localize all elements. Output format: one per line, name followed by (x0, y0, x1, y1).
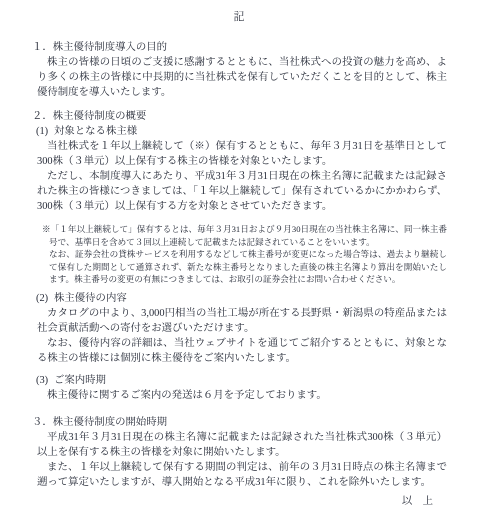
section-3-heading: ３．株主優待制度の開始時期 (32, 415, 447, 430)
subsection-heading: (3)ご案内時期 (36, 373, 447, 388)
note-block: ※「１年以上継続して」保有するとは、毎年３月31日および９月30日現在の当社株主… (49, 223, 447, 286)
section-purpose: １．株主優待制度導入の目的 株主の皆様の日頃のご支援に感謝するとともに、当社株式… (32, 40, 447, 100)
note-paragraph: ※「１年以上継続して」保有するとは、毎年３月31日および９月30日現在の当社株主… (49, 223, 447, 248)
paragraph: 株主の皆様の日頃のご支援に感謝するとともに、当社株式への投資の魅力を高め、より多… (37, 55, 447, 100)
note-paragraph: なお、証券会社の貸株サービスを利用するなどして株主番号が変更になった場合等は、過… (49, 248, 447, 286)
subsection-title: 株主優待の内容 (54, 293, 127, 304)
subsection-label: (2) (36, 291, 50, 306)
paragraph: 平成31年３月31日現在の株主名簿に記載または記録された当社株式300株（３単元… (37, 430, 447, 460)
subsection-eligible-shareholders: (1)対象となる株主様 当社株式を１年以上継続して（※）保有するとともに、毎年３… (36, 124, 447, 286)
subsection-heading: (2)株主優待の内容 (36, 291, 447, 306)
section-overview: ２．株主優待制度の概要 (1)対象となる株主様 当社株式を１年以上継続して（※）… (32, 109, 447, 403)
paragraph: 株主優待に関するご案内の発送は６月を予定しております。 (37, 388, 447, 403)
paragraph: また、１年以上継続して保有する期間の判定は、前年の３月31日時点の株主名簿まで遡… (37, 460, 447, 490)
paragraph: カタログの中より、3,000円相当の当社工場が所在する長野県・新潟県の特産品また… (37, 306, 447, 336)
subsection-title: ご案内時期 (54, 375, 106, 386)
subsection-label: (3) (36, 373, 50, 388)
doc-marker: 記 (32, 10, 447, 25)
section-2-heading: ２．株主優待制度の概要 (32, 109, 447, 124)
subsection-title: 対象となる株主様 (54, 126, 137, 137)
closing-mark: 以 上 (32, 494, 433, 509)
paragraph: ただし、本制度導入にあたり、平成31年３月31日現在の株主名簿に記載または記録さ… (37, 169, 447, 214)
section-start-timing: ３．株主優待制度の開始時期 平成31年３月31日現在の株主名簿に記載または記録さ… (32, 415, 447, 490)
paragraph: なお、優待内容の詳細は、当社ウェブサイトを通じてご紹介するとともに、対象となる株… (37, 336, 447, 366)
section-1-heading: １．株主優待制度導入の目的 (32, 40, 447, 55)
subsection-heading: (1)対象となる株主様 (36, 124, 447, 139)
subsection-benefit-details: (2)株主優待の内容 カタログの中より、3,000円相当の当社工場が所在する長野… (36, 291, 447, 366)
paragraph: 当社株式を１年以上継続して（※）保有するとともに、毎年３月31日を基準日として3… (37, 139, 447, 169)
subsection-label: (1) (36, 124, 50, 139)
subsection-notification-timing: (3)ご案内時期 株主優待に関するご案内の発送は６月を予定しております。 (36, 373, 447, 403)
document-page: 記 １．株主優待制度導入の目的 株主の皆様の日頃のご支援に感謝するとともに、当社… (0, 0, 480, 517)
